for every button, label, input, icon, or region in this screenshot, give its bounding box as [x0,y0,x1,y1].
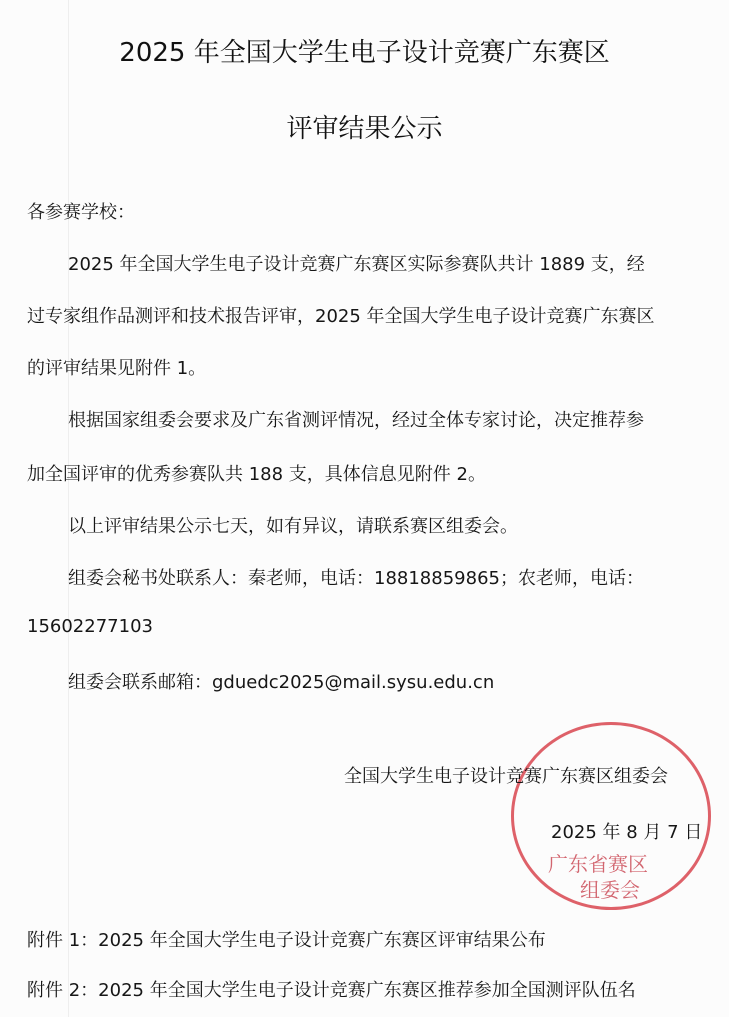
contact-email: 组委会联系邮箱：gduedc2025@mail.sysu.edu.cn [68,668,494,694]
contact-line-1: 组委会秘书处联系人：秦老师，电话：18818859865；农老师，电话： [68,564,644,590]
paragraph-1-line-1: 2025 年全国大学生电子设计竞赛广东赛区实际参赛队共计 1889 支，经 [68,250,645,276]
signature-date: 2025 年 8 月 7 日 [551,818,702,844]
paragraph-2-line-2: 加全国评审的优秀参赛队共 188 支，具体信息见附件 2。 [27,460,486,486]
paragraph-3: 以上评审结果公示七天，如有异议，请联系赛区组委会。 [68,512,518,538]
salutation: 各参赛学校： [27,198,135,224]
attachment-1: 附件 1：2025 年全国大学生电子设计竞赛广东赛区评审结果公布 [27,926,546,952]
seal-inner-line-2: 组委会 [580,874,640,903]
attachment-2: 附件 2：2025 年全国大学生电子设计竞赛广东赛区推荐参加全国测评队伍名 [27,976,636,1002]
seal-inner-line-1: 广东省赛区 [548,848,648,877]
document-subtitle: 评审结果公示 [0,108,729,145]
scan-edge-line [68,0,69,1017]
paragraph-2-line-1: 根据国家组委会要求及广东省测评情况，经过全体专家讨论，决定推荐参 [68,406,644,432]
signature-organization: 全国大学生电子设计竞赛广东赛区组委会 [344,762,668,788]
document-title: 2025 年全国大学生电子设计竞赛广东赛区 [0,32,729,69]
paragraph-1-line-2: 过专家组作品测评和技术报告评审，2025 年全国大学生电子设计竞赛广东赛区 [27,302,655,328]
contact-line-2: 15602277103 [27,616,153,637]
paragraph-1-line-3: 的评审结果见附件 1。 [27,354,206,380]
